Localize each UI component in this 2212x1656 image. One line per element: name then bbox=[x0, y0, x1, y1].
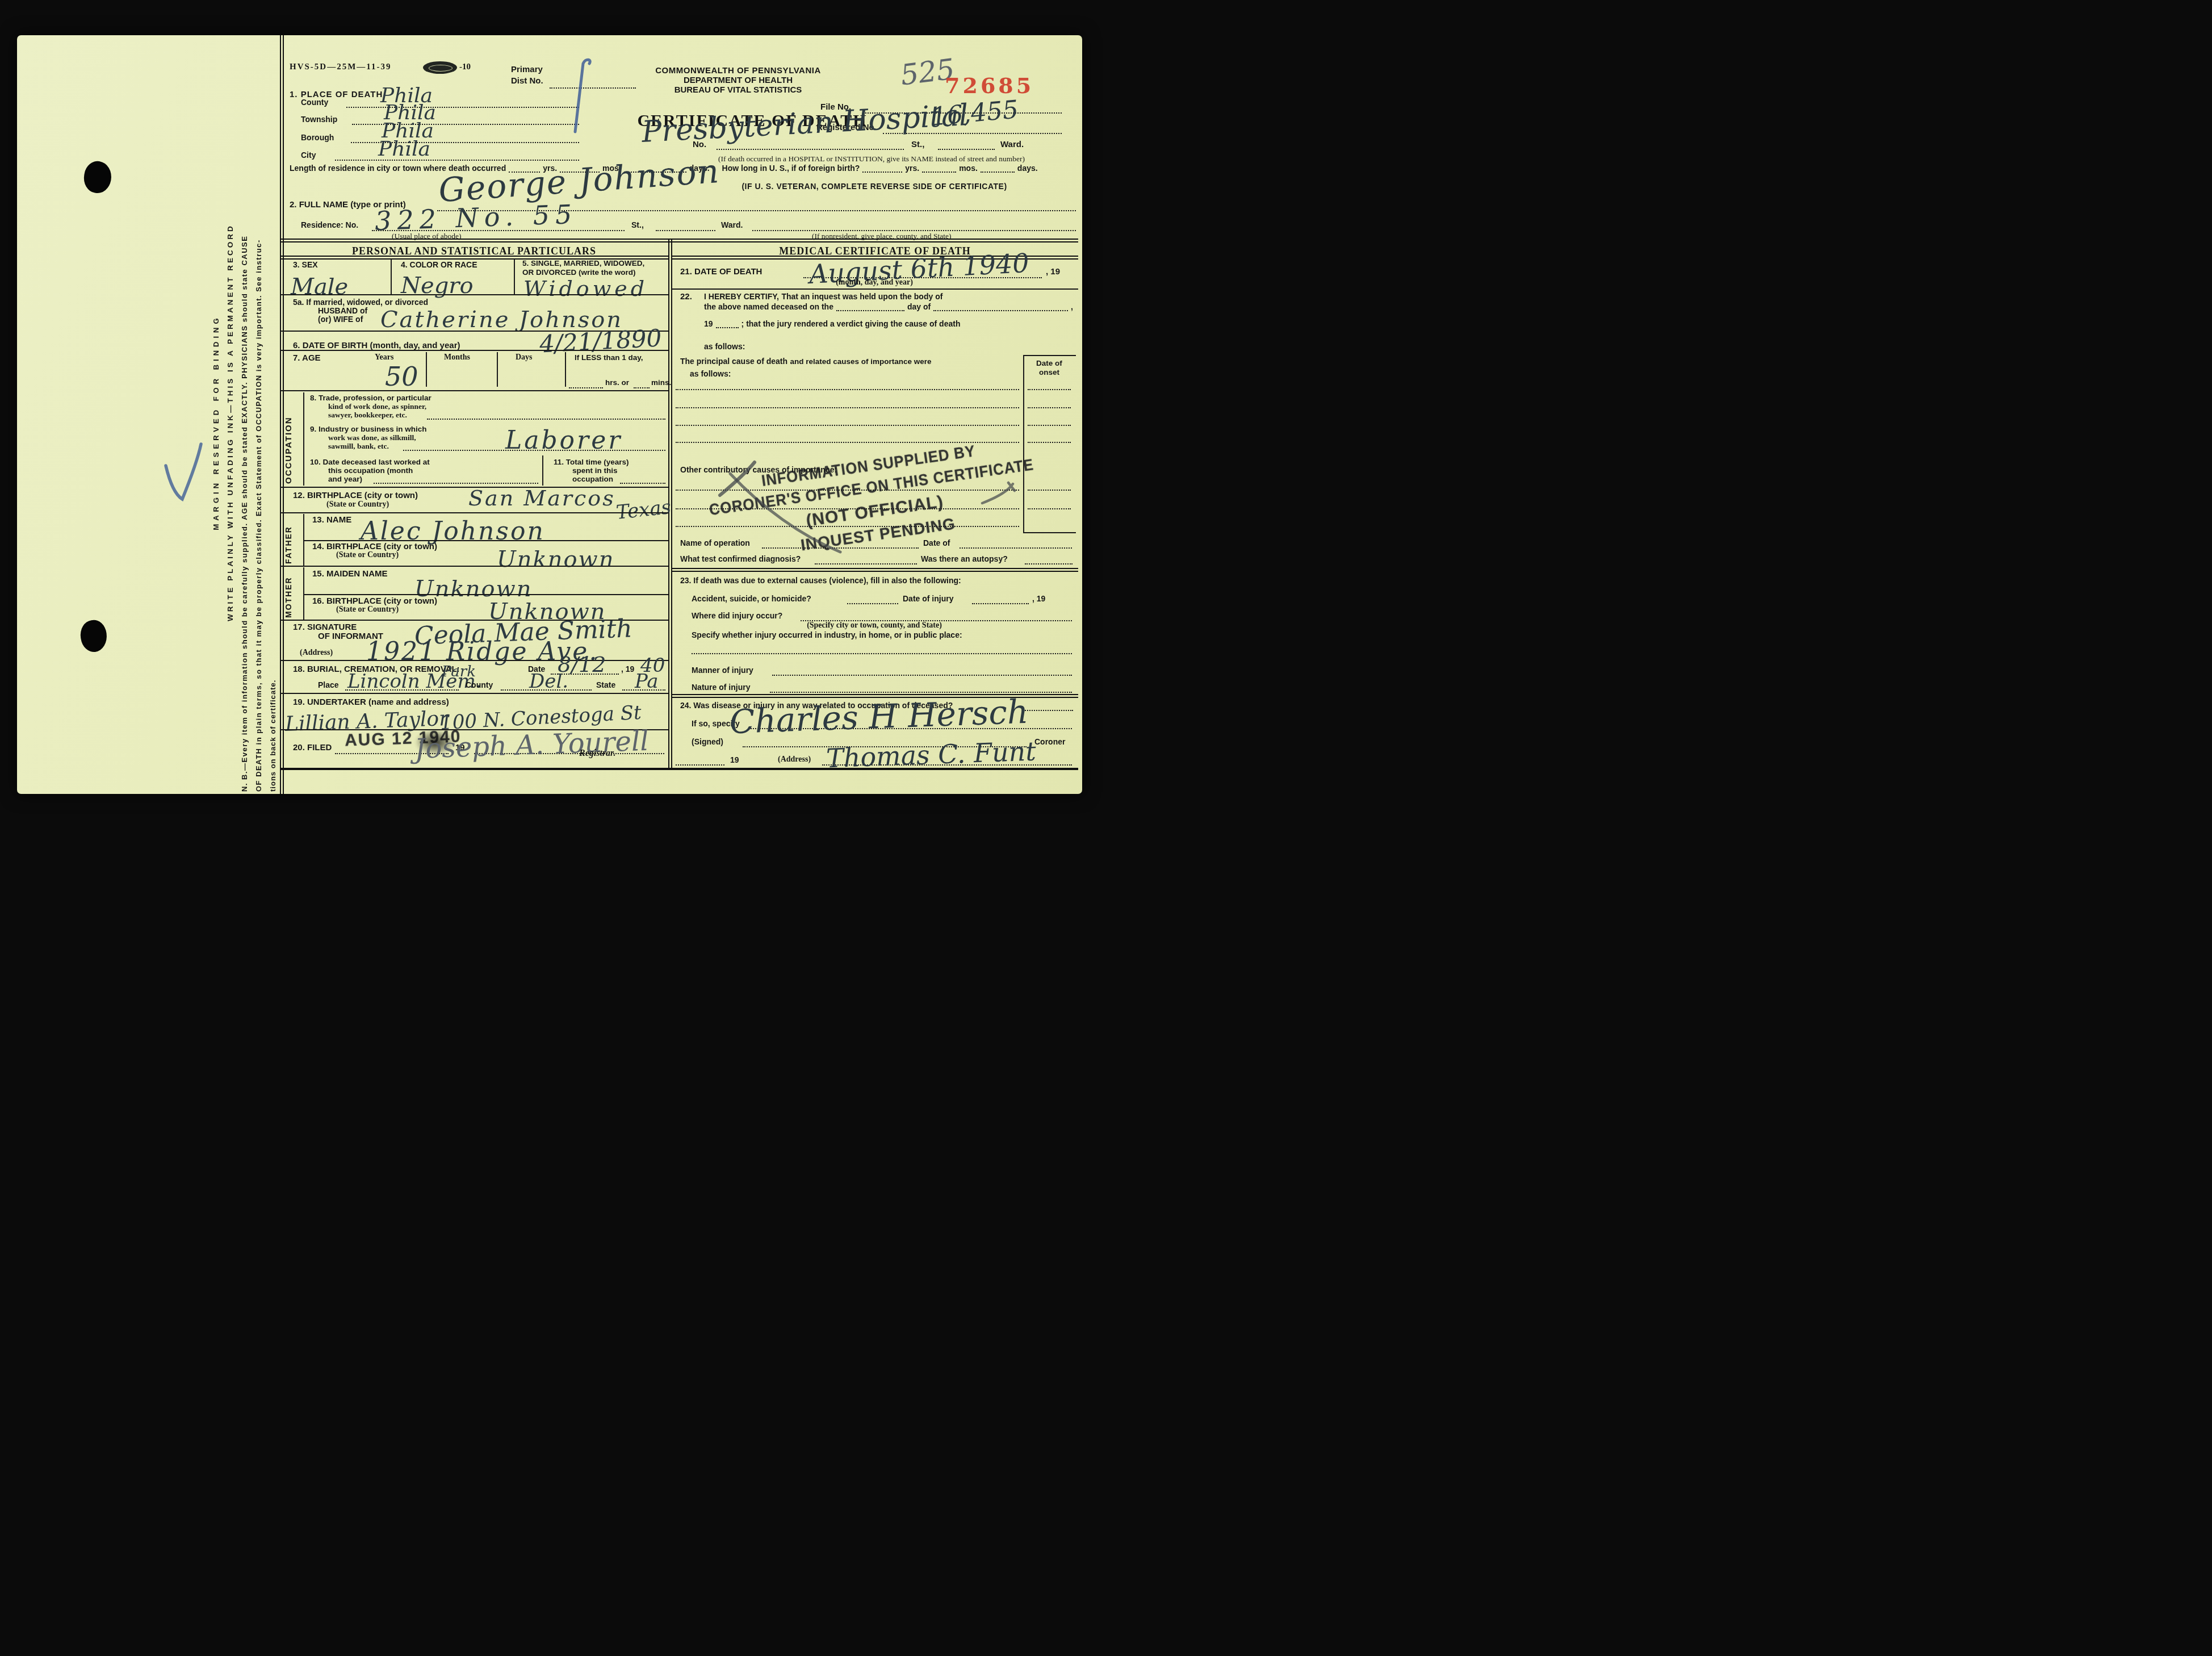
primary-label: Primary bbox=[511, 65, 543, 74]
less-label: If LESS than 1 day, bbox=[575, 353, 643, 362]
trade-label-2: kind of work done, as spinner, bbox=[328, 402, 426, 411]
mins-blank bbox=[634, 387, 650, 388]
mother-side-label: MOTHER bbox=[284, 569, 293, 618]
margin-nb-line1: N. B.—Every item of information should b… bbox=[237, 53, 252, 792]
where-label: Where did injury occur? bbox=[692, 611, 782, 620]
form-number: HVS-5D—25M—11-39 bbox=[290, 62, 392, 72]
days-label: Days bbox=[516, 353, 533, 362]
informant-address-label: (Address) bbox=[300, 649, 333, 658]
blank bbox=[981, 169, 1015, 173]
operation-dateof-label: Date of bbox=[923, 538, 950, 547]
punch-hole-top bbox=[82, 159, 114, 195]
row-rule bbox=[280, 660, 668, 661]
onset-label-1: Date of bbox=[1023, 359, 1075, 367]
cell-separator bbox=[497, 352, 498, 387]
hospital-st-blank bbox=[938, 149, 995, 150]
commonwealth-line: COMMONWEALTH OF PENNSYLVANIA bbox=[613, 66, 863, 76]
howlong-label: How long in U. S., if of foreign birth? bbox=[722, 164, 860, 173]
industry-value: Laborer bbox=[505, 426, 622, 455]
row-rule bbox=[280, 566, 668, 567]
burial-state-label: State bbox=[596, 680, 615, 689]
scanned-death-certificate: MARGIN RESERVED FOR BINDING WRITE PLAINL… bbox=[0, 0, 1106, 828]
row-rule bbox=[280, 512, 668, 513]
section-rule bbox=[672, 568, 1078, 572]
coroner-signature: Charles H Hersch bbox=[729, 692, 1029, 741]
mother-name-label: 15. MAIDEN NAME bbox=[312, 569, 388, 579]
m5a-label-2: HUSBAND of bbox=[318, 306, 367, 315]
dod-label: 21. DATE OF DEATH bbox=[680, 267, 762, 277]
margin-write-plainly: WRITE PLAINLY WITH UNFADING INK—THIS IS … bbox=[223, 53, 237, 792]
onset-blank-3 bbox=[1028, 425, 1071, 426]
certify-bold: I HEREBY CERTIFY, bbox=[704, 292, 779, 301]
certify-line-2: the above named deceased on the day of , bbox=[704, 302, 1073, 311]
row-rule bbox=[303, 594, 668, 595]
dod-19: , 19 bbox=[1046, 267, 1060, 277]
cell-separator bbox=[391, 259, 392, 294]
mos2-label: mos. bbox=[959, 164, 978, 173]
hospital-note: (If death occurred in a HOSPITAL or INST… bbox=[670, 154, 1073, 164]
union-label-seal bbox=[423, 61, 457, 74]
certify-line-3: 19 ; that the jury rendered a verdict gi… bbox=[704, 319, 1073, 328]
blank bbox=[933, 308, 1068, 311]
row-rule bbox=[280, 294, 668, 295]
hospital-blank bbox=[717, 149, 904, 150]
dod-note: (month, day, and year) bbox=[676, 278, 1073, 287]
certify-line3-text: ; that the jury rendered a verdict givin… bbox=[741, 319, 961, 328]
bureau-line: BUREAU OF VITAL STATISTICS bbox=[613, 85, 863, 95]
cell-separator bbox=[565, 352, 566, 387]
margin-nb-line3: tions on back of certificate. bbox=[266, 53, 280, 792]
blank bbox=[836, 308, 904, 311]
township-label: Township bbox=[301, 115, 337, 124]
birthplace-value-2: Texas bbox=[615, 496, 672, 524]
informant-label-1: 17. SIGNATURE bbox=[293, 622, 357, 632]
burial-place-label: Place bbox=[318, 680, 339, 689]
accident-blank bbox=[847, 603, 898, 604]
hospital-ward-label: Ward. bbox=[1000, 140, 1024, 149]
certify-line-4: as follows: bbox=[704, 342, 745, 351]
mother-bp-label: 16. BIRTHPLACE (city or town) bbox=[312, 596, 437, 606]
totaltime-blank bbox=[620, 483, 665, 484]
specify-label: Specify whether injury occurred in indus… bbox=[692, 630, 962, 639]
lastworked-label-1: 10. Date deceased last worked at bbox=[310, 458, 430, 466]
coroner-address-label: (Address) bbox=[778, 755, 811, 764]
operation-date-blank bbox=[960, 547, 1072, 549]
operation-blank bbox=[762, 547, 919, 549]
burial-state-value: Pa bbox=[635, 670, 659, 693]
nature-label: Nature of injury bbox=[692, 683, 750, 692]
cause-blank-3 bbox=[676, 425, 1019, 426]
year-blank bbox=[676, 764, 724, 766]
cell-separator bbox=[542, 455, 543, 486]
margin-binding: MARGIN RESERVED FOR BINDING bbox=[209, 53, 223, 792]
agency-block: COMMONWEALTH OF PENNSYLVANIA DEPARTMENT … bbox=[613, 66, 863, 95]
mins-label: mins. bbox=[651, 378, 671, 387]
union-label-suffix: -10 bbox=[459, 62, 471, 72]
onset-label-2: onset bbox=[1023, 368, 1075, 377]
father-bp-sc: (State or Country) bbox=[336, 551, 399, 560]
row-rule bbox=[303, 540, 668, 541]
residence-ward-label: Ward. bbox=[721, 220, 743, 229]
date-injury-label: Date of injury bbox=[903, 594, 953, 603]
undertaker-label: 19. UNDERTAKER (name and address) bbox=[293, 697, 449, 707]
accident-label: Accident, suicide, or homicide? bbox=[692, 594, 811, 603]
city-blank bbox=[335, 160, 579, 161]
residence-st-blank bbox=[656, 230, 715, 231]
signed-19: 19 bbox=[730, 755, 739, 764]
nonresident-note: (If nonresident, give place, county, and… bbox=[812, 232, 951, 241]
sex-label: 3. SEX bbox=[293, 260, 318, 269]
manner-blank bbox=[772, 675, 1072, 676]
marital-label-2: OR DIVORCED (write the word) bbox=[522, 268, 636, 277]
veteran-note: (IF U. S. VETERAN, COMPLETE REVERSE SIDE… bbox=[676, 182, 1073, 191]
onset-blank-2 bbox=[1028, 407, 1071, 408]
row-rule bbox=[672, 288, 1078, 290]
test-blank bbox=[815, 563, 917, 564]
dayof-label: day of bbox=[907, 302, 931, 311]
row-rule bbox=[280, 390, 668, 391]
months-label: Months bbox=[444, 353, 470, 362]
blank bbox=[862, 169, 902, 173]
sex-value: Male bbox=[291, 274, 348, 300]
date-injury-19: , 19 bbox=[1032, 594, 1045, 603]
trade-blank bbox=[427, 419, 665, 420]
dist-no-value-stroke bbox=[575, 60, 590, 132]
external-label: 23. If death was due to external causes … bbox=[680, 576, 961, 585]
residence-ward-blank bbox=[752, 230, 1076, 231]
m5a-label-3: (or) WIFE of bbox=[318, 315, 363, 324]
n19-label: 19 bbox=[704, 319, 713, 328]
union-label-seal-inner bbox=[429, 65, 453, 72]
coroner-label: Coroner bbox=[1034, 737, 1065, 746]
certificate-paper: MARGIN RESERVED FOR BINDING WRITE PLAINL… bbox=[17, 35, 1082, 794]
color-label: 4. COLOR OR RACE bbox=[401, 260, 477, 269]
age-value: 50 bbox=[385, 361, 418, 392]
margin-checkmark bbox=[166, 444, 201, 499]
burial-county-value: Del. bbox=[529, 670, 568, 693]
industry-label-1: 9. Industry or business in which bbox=[310, 425, 427, 433]
autopsy-label: Was there an autopsy? bbox=[921, 554, 1008, 563]
birthplace-value-1: San Marcos bbox=[468, 486, 615, 511]
punch-hole-bottom bbox=[78, 618, 108, 654]
father-name-label: 13. NAME bbox=[312, 515, 351, 525]
dob-label: 6. DATE OF BIRTH (month, day, and year) bbox=[293, 341, 460, 350]
margin-instructions: MARGIN RESERVED FOR BINDING WRITE PLAINL… bbox=[209, 53, 280, 792]
days2-label: days. bbox=[1017, 164, 1038, 173]
row-rule bbox=[280, 693, 668, 694]
cell-separator bbox=[514, 259, 515, 294]
row-rule bbox=[280, 350, 668, 351]
father-side-label: FATHER bbox=[284, 515, 293, 564]
dist-no-label: Dist No. bbox=[511, 76, 543, 86]
residence-label: Residence: No. bbox=[301, 220, 358, 229]
principal-bold: The principal cause of death bbox=[680, 357, 787, 366]
industry-label-2: work was done, as silkmill, bbox=[328, 433, 416, 442]
father-bp-value: Unknown bbox=[497, 546, 615, 572]
burial-19: , 19 bbox=[621, 664, 634, 674]
totaltime-label-1: 11. Total time (years) bbox=[554, 458, 629, 466]
red-stamp-number: 72685 bbox=[945, 73, 1034, 98]
margin-nb-line2: OF DEATH in plain terms, so that it may … bbox=[252, 53, 266, 792]
date-injury-blank bbox=[972, 603, 1029, 604]
registrar-label: Registrar. bbox=[579, 748, 615, 759]
city-value: Phila bbox=[378, 137, 430, 161]
specify-blank bbox=[692, 653, 1072, 654]
principal-line: The principal cause of death and related… bbox=[680, 357, 932, 367]
lastworked-label-2: this occupation (month bbox=[328, 466, 413, 475]
age-label: 7. AGE bbox=[293, 353, 321, 363]
comma: , bbox=[1071, 302, 1073, 311]
m5a-label-1: 5a. If married, widowed, or divorced bbox=[293, 298, 428, 307]
trade-label-3: sawyer, bookkeeper, etc. bbox=[328, 411, 407, 420]
operation-label: Name of operation bbox=[680, 538, 750, 547]
principal-rest: and related causes of importance were bbox=[790, 357, 932, 366]
principal-asfollows: as follows: bbox=[690, 369, 731, 378]
hospital-st-label: St., bbox=[911, 140, 924, 149]
trade-label-1: 8. Trade, profession, or particular bbox=[310, 394, 431, 402]
hrs-label: hrs. or bbox=[605, 378, 629, 387]
totaltime-label-2: spent in this bbox=[572, 466, 618, 475]
burial-place-park: Park bbox=[442, 663, 476, 680]
blank bbox=[922, 169, 956, 173]
birthplace-sc: (State or Country) bbox=[326, 500, 389, 509]
marital-label-1: 5. SINGLE, MARRIED, WIDOWED, bbox=[522, 259, 644, 267]
form-left-double-rule bbox=[280, 35, 284, 794]
manner-label: Manner of injury bbox=[692, 666, 753, 675]
county-label: County bbox=[301, 98, 328, 107]
onset-box-bottom bbox=[1023, 532, 1076, 533]
marital-value: Widowed bbox=[523, 276, 648, 301]
blank bbox=[716, 325, 739, 328]
department-line: DEPARTMENT OF HEALTH bbox=[613, 76, 863, 85]
filed-label: 20. FILED bbox=[293, 743, 332, 752]
lastworked-label-3: and year) bbox=[328, 475, 362, 483]
test-label: What test confirmed diagnosis? bbox=[680, 554, 801, 563]
birthplace-label: 12. BIRTHPLACE (city or town) bbox=[293, 491, 418, 500]
certify-line-1: I HEREBY CERTIFY, That an inquest was he… bbox=[704, 292, 942, 302]
yrs2-label: yrs. bbox=[905, 164, 919, 173]
autopsy-blank bbox=[1025, 563, 1073, 564]
father-bp-label: 14. BIRTHPLACE (city or town) bbox=[312, 542, 437, 551]
cause-blank-2 bbox=[676, 407, 1019, 408]
abode-note: (Usual place of abode) bbox=[392, 232, 462, 241]
cell-separator bbox=[426, 352, 427, 387]
occupation-box-line bbox=[303, 392, 304, 486]
occupation-question-blank bbox=[1023, 710, 1073, 711]
burial-county-label: County bbox=[466, 680, 493, 689]
industry-label-3: sawmill, bank, etc. bbox=[328, 442, 389, 451]
mother-box-line bbox=[303, 567, 304, 620]
totaltime-label-3: occupation bbox=[572, 475, 613, 483]
onset-blank-1 bbox=[1028, 389, 1071, 390]
hrs-blank bbox=[569, 387, 603, 388]
certify-line2-text: the above named deceased on the bbox=[704, 302, 833, 311]
signed-label: (Signed) bbox=[692, 737, 723, 746]
lastworked-blank bbox=[374, 483, 538, 484]
specify-note: (Specify city or town, county, and State… bbox=[676, 621, 1073, 630]
residence-st-label: St., bbox=[631, 220, 644, 229]
mother-bp-sc: (State or Country) bbox=[336, 605, 399, 614]
certify-number: 22. bbox=[680, 292, 692, 302]
cause-blank-1 bbox=[676, 389, 1019, 390]
occupation-side-label: OCCUPATION bbox=[284, 395, 294, 484]
borough-label: Borough bbox=[301, 133, 334, 142]
certify-rest: That an inquest was held upon the body o… bbox=[781, 292, 942, 301]
city-label: City bbox=[301, 150, 316, 160]
onset-box-top bbox=[1023, 355, 1076, 356]
